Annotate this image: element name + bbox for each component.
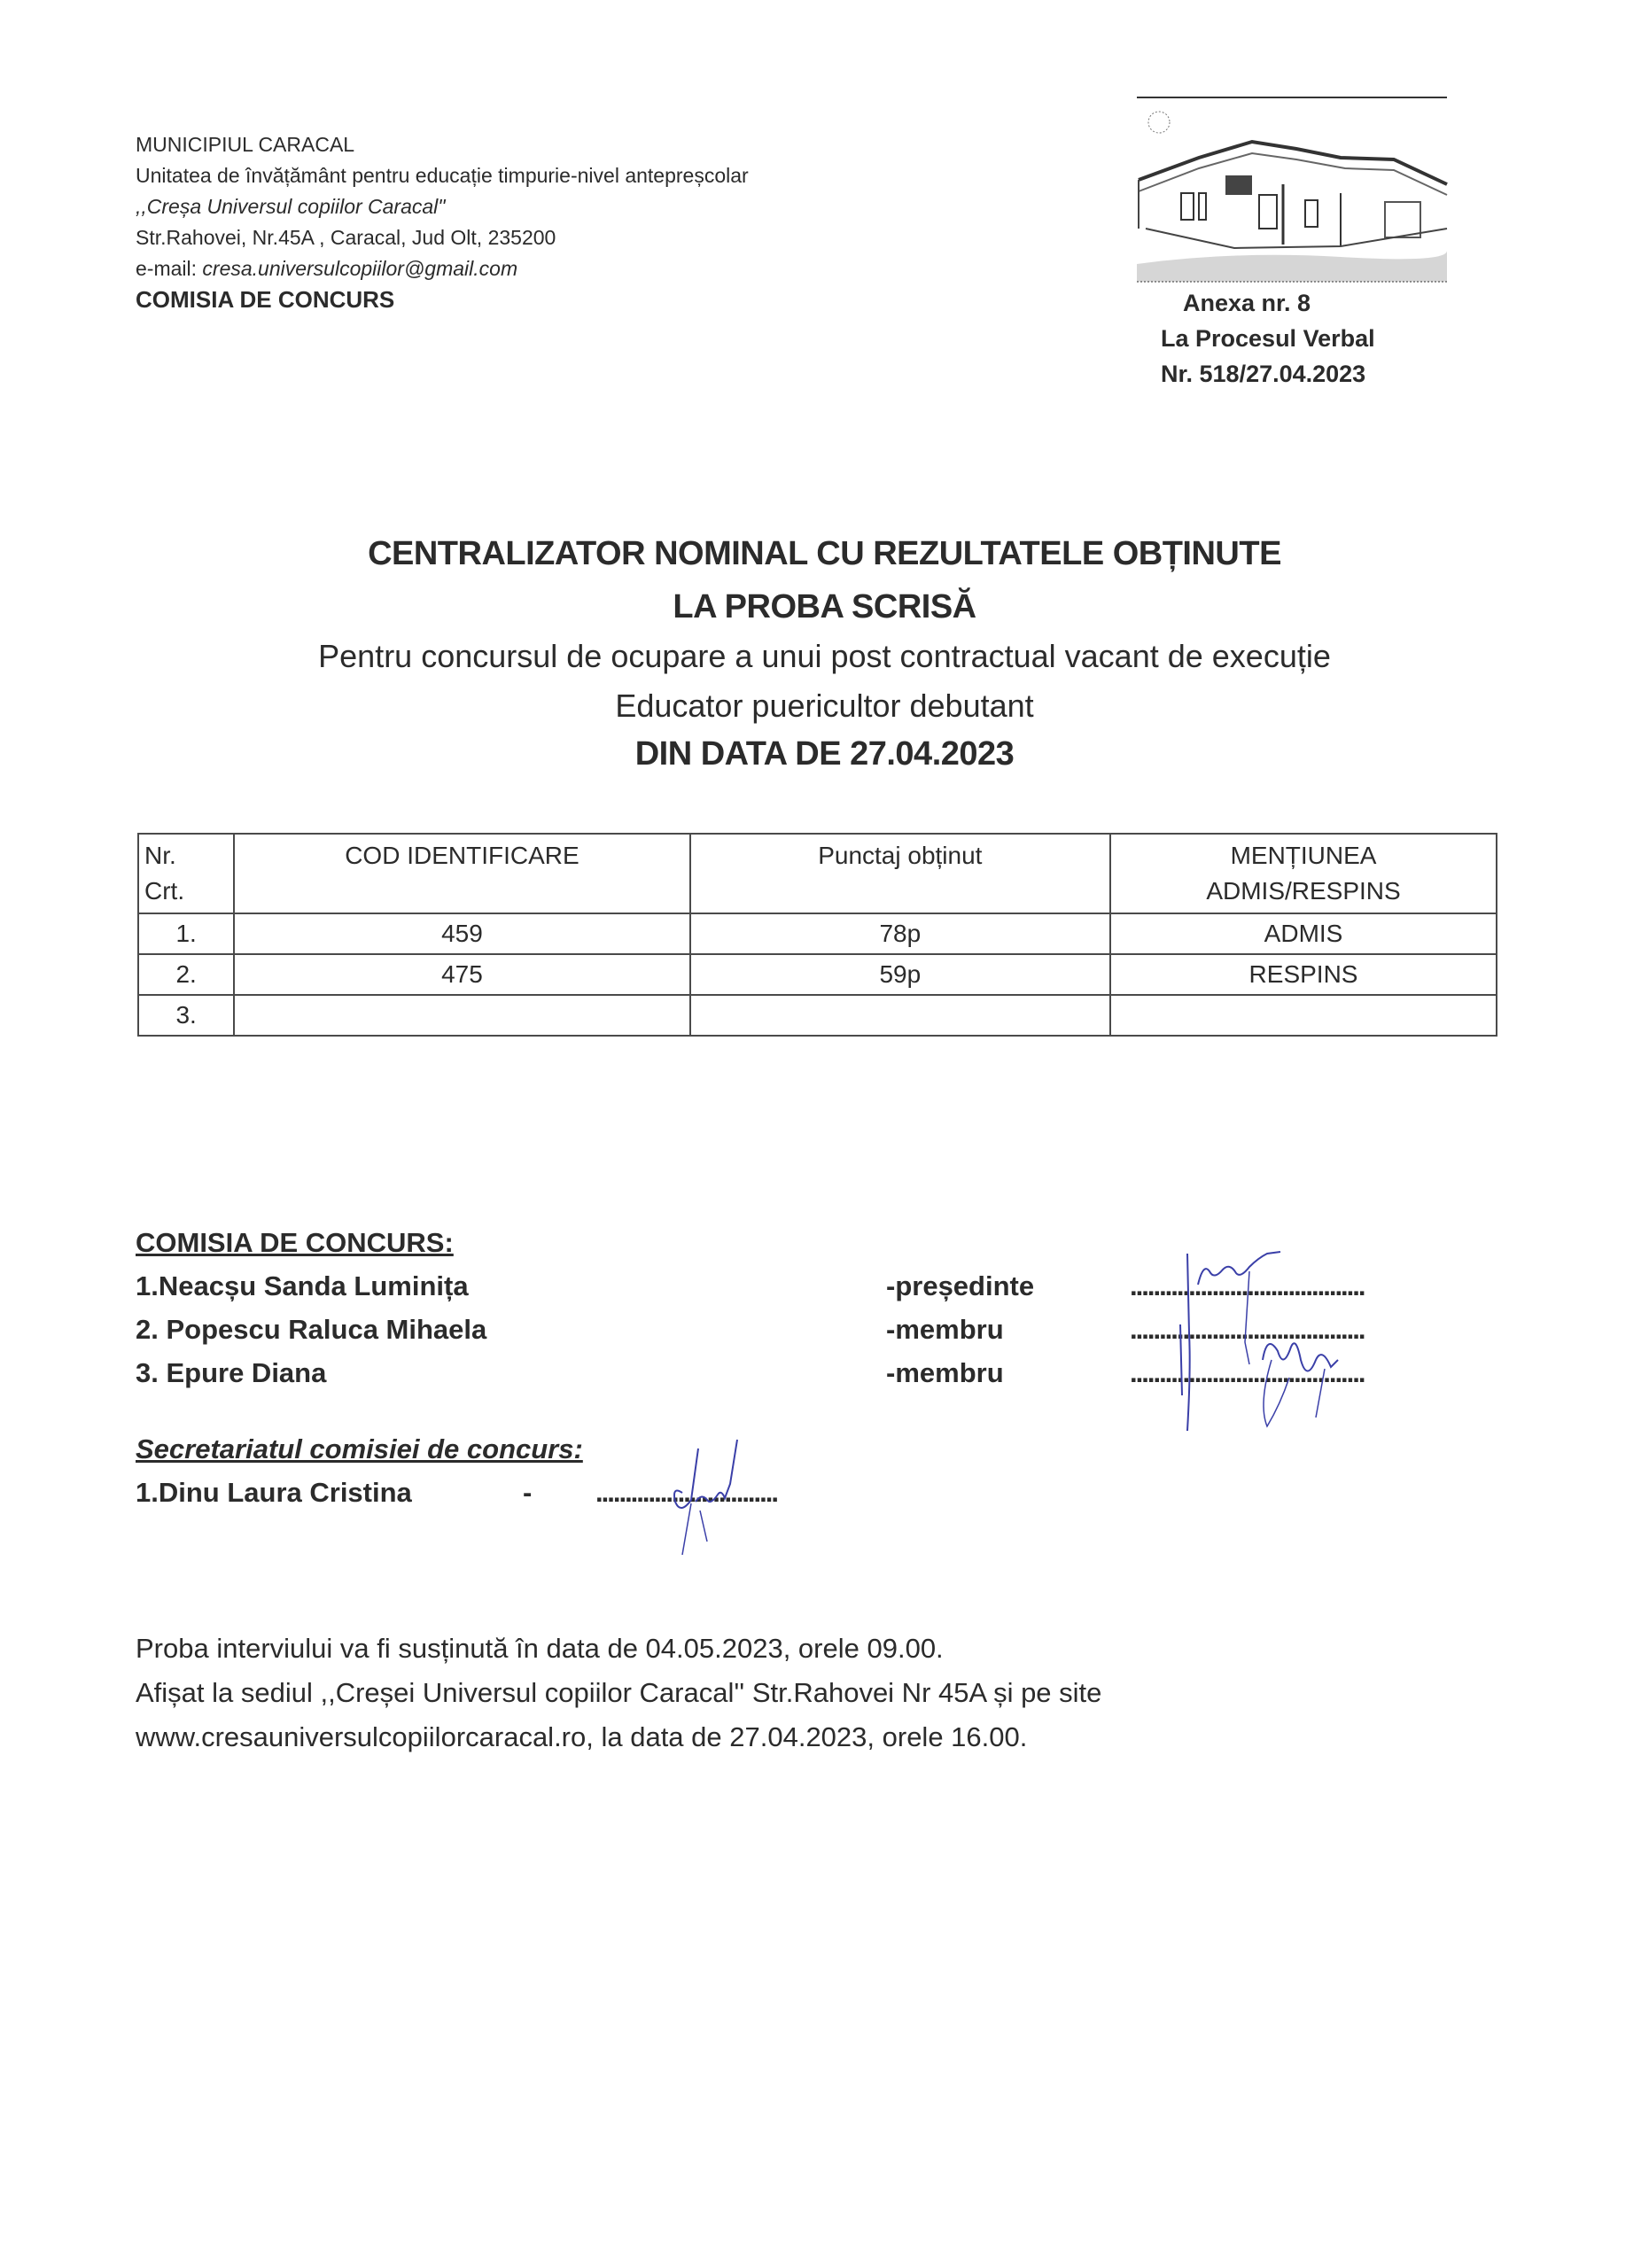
unit-name: ,,Creșa Universul copiilor Caracal"	[136, 191, 445, 222]
handwritten-signature-icon	[656, 1431, 780, 1564]
email-link[interactable]: cresa.universulcopiilor@gmail.com	[202, 257, 517, 280]
email-label: e-mail:	[136, 257, 202, 280]
cell-cod	[234, 995, 689, 1036]
annex-number: Anexa nr. 8	[1183, 285, 1311, 321]
annex-registration: Nr. 518/27.04.2023	[1161, 356, 1365, 392]
secretary-dash: -	[523, 1471, 532, 1514]
cell-cod: 459	[234, 913, 689, 954]
cell-punctaj	[690, 995, 1110, 1036]
title-date: DIN DATA DE 27.04.2023	[0, 735, 1649, 773]
secretariat-title: Secretariatul comisiei de concurs:	[136, 1427, 583, 1471]
annex-minutes: La Procesul Verbal	[1161, 321, 1375, 356]
table-row: 3.	[138, 995, 1497, 1036]
member-role: -președinte	[886, 1264, 1034, 1308]
member-name: 3. Epure Diana	[136, 1351, 326, 1394]
table-row: 1. 459 78p ADMIS	[138, 913, 1497, 954]
member-role: -membru	[886, 1308, 1004, 1351]
building-illustration-icon	[1128, 96, 1450, 291]
subtitle-position: Educator puericultor debutant	[0, 687, 1649, 725]
cell-mentiune: ADMIS	[1110, 913, 1497, 954]
cell-cod: 475	[234, 954, 689, 995]
member-name: 1.Neacșu Sanda Luminița	[136, 1264, 469, 1308]
results-table: Nr.Crt. COD IDENTIFICARE Punctaj obținut…	[137, 833, 1497, 1037]
header-cod-identificare: COD IDENTIFICARE	[234, 834, 689, 913]
posting-notice: Afișat la sediul ,,Creșei Universul copi…	[136, 1671, 1101, 1715]
cell-punctaj: 59p	[690, 954, 1110, 995]
cell-punctaj: 78p	[690, 913, 1110, 954]
municipality: MUNICIPIUL CARACAL	[136, 129, 354, 160]
secretary-name: 1.Dinu Laura Cristina	[136, 1471, 412, 1514]
title-line-2: LA PROBA SCRISĂ	[0, 588, 1649, 626]
handwritten-signature-icon	[1125, 1227, 1444, 1457]
title-line-1: CENTRALIZATOR NOMINAL CU REZULTATELE OBȚ…	[0, 535, 1649, 573]
interview-notice: Proba interviului va fi susținută în dat…	[136, 1627, 944, 1671]
header-nr-crt: Nr.Crt.	[138, 834, 234, 913]
member-name: 2. Popescu Raluca Mihaela	[136, 1308, 486, 1351]
cell-nr: 3.	[138, 995, 234, 1036]
cell-nr: 1.	[138, 913, 234, 954]
header-punctaj: Punctaj obținut	[690, 834, 1110, 913]
unit-type: Unitatea de învățământ pentru educație t…	[136, 160, 749, 191]
cell-nr: 2.	[138, 954, 234, 995]
header-mentiunea: MENȚIUNEAADMIS/RESPINS	[1110, 834, 1497, 913]
cell-mentiune	[1110, 995, 1497, 1036]
member-role: -membru	[886, 1351, 1004, 1394]
email-line: e-mail: cresa.universulcopiilor@gmail.co…	[136, 253, 517, 284]
table-header-row: Nr.Crt. COD IDENTIFICARE Punctaj obținut…	[138, 834, 1497, 913]
address: Str.Rahovei, Nr.45A , Caracal, Jud Olt, …	[136, 222, 556, 253]
cell-mentiune: RESPINS	[1110, 954, 1497, 995]
commission-title: COMISIA DE CONCURS:	[136, 1221, 454, 1264]
subtitle-contest: Pentru concursul de ocupare a unui post …	[0, 638, 1649, 675]
website-notice[interactable]: www.cresauniversulcopiilorcaracal.ro, la…	[136, 1715, 1027, 1759]
table-row: 2. 475 59p RESPINS	[138, 954, 1497, 995]
commission-header: COMISIA DE CONCURS	[136, 284, 394, 315]
